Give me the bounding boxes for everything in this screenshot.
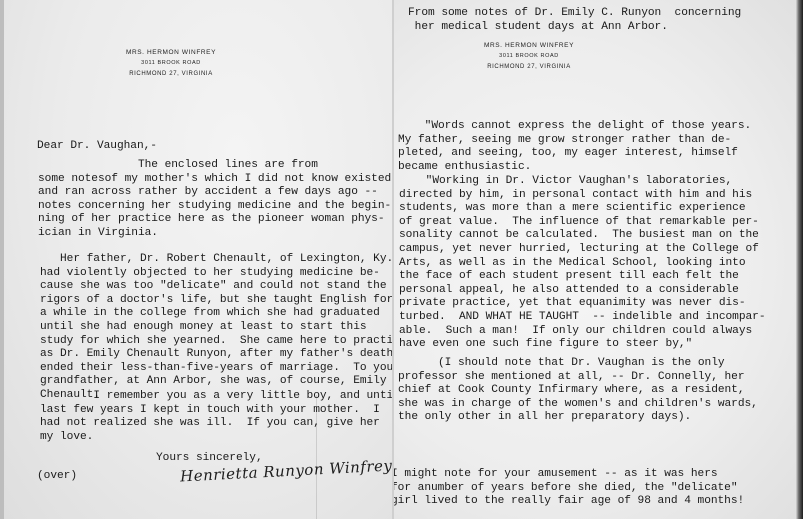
letterhead-city: Richmond 27, Virginia [474, 62, 584, 73]
typed-line: rigors of a doctor's life, but she taugh… [40, 294, 392, 308]
typed-line: study for which she yearned. She came he… [40, 335, 392, 349]
letterhead-right: Mrs. Hermon Winfrey 3011 Brook Road Rich… [474, 40, 584, 73]
typed-line: her medical student days at Ann Arbor. [408, 21, 741, 35]
right-notes-page: From some notes of Dr. Emily C. Runyon c… [392, 0, 796, 519]
typed-line: ning of her practice here as the pioneer… [38, 213, 391, 227]
typed-line: had violently objected to her studying m… [40, 267, 392, 281]
typed-line: have even one such fine figure to steer … [399, 338, 766, 352]
typed-line: The enclosed lines are from [38, 159, 391, 173]
quote-paragraph-1: "Words cannot express the delight of tho… [398, 120, 751, 174]
letterhead-left: Mrs. Hermon Winfrey 3011 Brook Road Rich… [116, 47, 226, 80]
typed-line: "Words cannot express the delight of tho… [398, 120, 751, 134]
notes-heading: From some notes of Dr. Emily C. Runyon c… [408, 7, 741, 34]
typed-line: students, was more than a mere scientifi… [399, 202, 766, 216]
typed-line: of great value. The influence of that re… [399, 216, 766, 230]
typed-line: chief at Cook County Infirmary where, as… [398, 384, 758, 398]
quote-paragraph-2: "Working in Dr. Victor Vaughan's laborat… [399, 175, 766, 352]
typed-line: grandfather, at Ann Arbor, she was, of c… [40, 375, 392, 389]
left-paragraph-2: Her father, Dr. Robert Chenault, of Lexi… [40, 253, 392, 403]
left-paragraph-3: I remember you as a very little boy, and… [40, 390, 392, 444]
typed-line: (I should note that Dr. Vaughan is the o… [398, 357, 758, 371]
typed-line: pleted, and seeing, too, my eager intere… [398, 147, 751, 161]
typed-line: professor she mentioned at all, -- Dr. C… [398, 371, 758, 385]
typed-line: From some notes of Dr. Emily C. Runyon c… [408, 7, 741, 21]
letterhead-city: Richmond 27, Virginia [116, 69, 226, 80]
typed-line: last few years I kept in touch with your… [40, 404, 392, 418]
typed-line: until she had enough money at least to s… [40, 321, 392, 335]
typed-line: Arts, as well as in the Medical School, … [399, 257, 766, 271]
letterhead-name: Mrs. Hermon Winfrey [116, 47, 226, 58]
typed-line: the only other in all her preparatory da… [398, 411, 758, 425]
left-letter-page: Mrs. Hermon Winfrey 3011 Brook Road Rich… [0, 0, 392, 519]
typed-line: cause she was too "delicate" and could n… [40, 280, 392, 294]
typed-line: sonality cannot be calculated. The busie… [399, 229, 766, 243]
letterhead-street: 3011 Brook Road [116, 58, 226, 69]
typed-line: directed by him, in personal contact wit… [399, 189, 766, 203]
parenthetical-note: (I should note that Dr. Vaughan is the o… [398, 357, 758, 425]
letterhead-name: Mrs. Hermon Winfrey [474, 40, 584, 51]
typed-line: and ran across rather by accident a few … [38, 186, 391, 200]
postscript: I might note for your amusement -- as it… [392, 468, 744, 509]
salutation: Dear Dr. Vaughan,- [37, 140, 157, 154]
typed-line: ended their less-than-five-years of marr… [40, 362, 392, 376]
typed-line: some notesof my mother's which I did not… [38, 173, 391, 187]
typed-line: personal appeal, he also attended to a c… [399, 284, 766, 298]
typed-line: as Dr. Emily Chenault Runyon, after my f… [40, 348, 392, 362]
typed-line: became enthusiastic. [398, 161, 751, 175]
paper-crease [316, 395, 317, 519]
typed-line: for anumber of years before she died, th… [392, 482, 744, 496]
typed-line: she was in charge of the women's and chi… [398, 398, 758, 412]
typed-line: notes concerning her studying medicine a… [38, 200, 391, 214]
typed-line: girl lived to the really fair age of 98 … [392, 495, 744, 509]
typed-line: my love. [40, 431, 392, 445]
typed-line: able. Such a man! If only our children c… [399, 325, 766, 339]
letterhead-street: 3011 Brook Road [474, 51, 584, 62]
over-note: (over) [37, 470, 77, 484]
typed-line: had not realized she was ill. If you can… [40, 417, 392, 431]
typed-line: My father, seeing me grow stronger rathe… [398, 134, 751, 148]
typed-line: a while in the college from which she ha… [40, 307, 392, 321]
left-paragraph-1: The enclosed lines are fromsome notesof … [38, 159, 391, 241]
typed-line: I remember you as a very little boy, and… [40, 390, 392, 404]
typed-line: private practice, yet that equanimity wa… [399, 297, 766, 311]
typed-line: turbed. AND WHAT HE TAUGHT -- indelible … [399, 311, 766, 325]
typed-line: "Working in Dr. Victor Vaughan's laborat… [399, 175, 766, 189]
typed-line: I might note for your amusement -- as it… [392, 468, 744, 482]
typed-line: the face of each student present till ea… [399, 270, 766, 284]
page-edge-shadow [796, 0, 803, 519]
typed-line: campus, yet never hurried, lecturing at … [399, 243, 766, 257]
typed-line: ician in Virginia. [38, 227, 391, 241]
typed-line: Her father, Dr. Robert Chenault, of Lexi… [40, 253, 392, 267]
